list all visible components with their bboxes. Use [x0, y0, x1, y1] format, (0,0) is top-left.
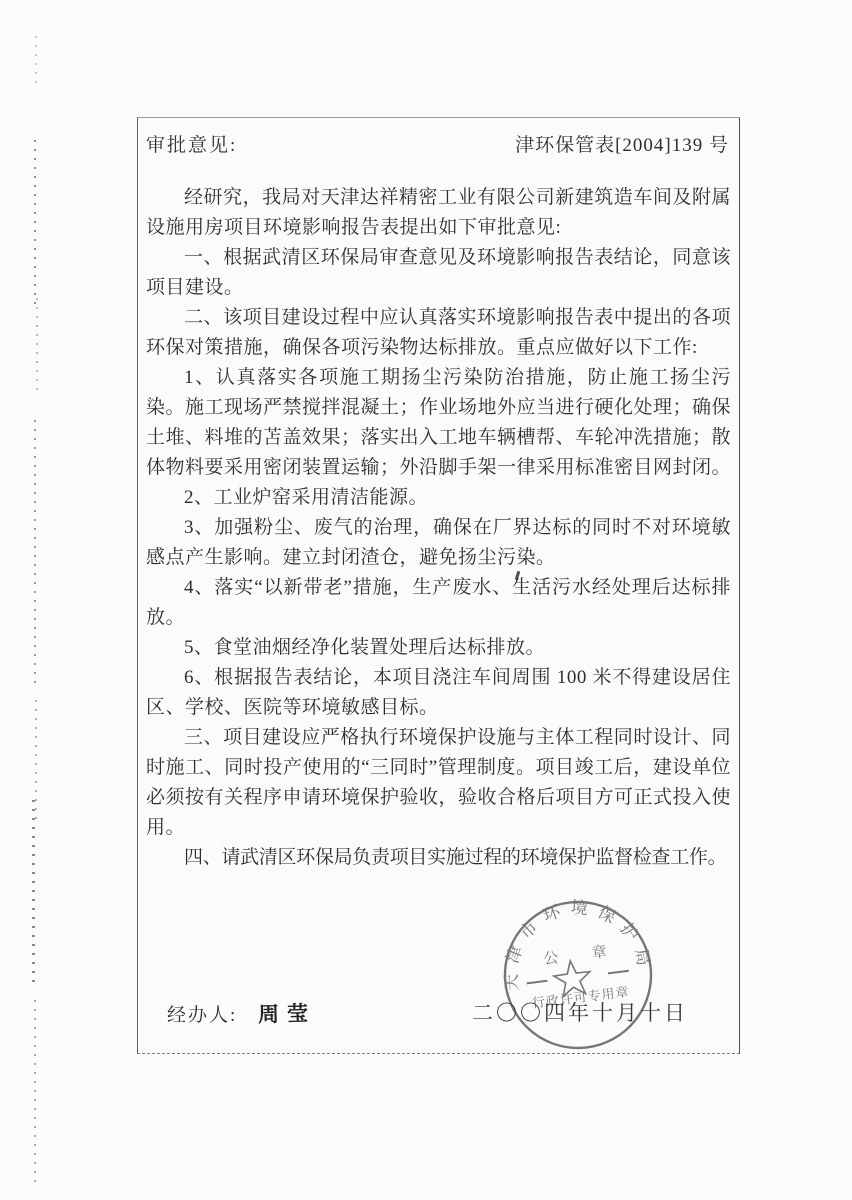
body-paragraph: 2、工业炉窑采用清洁能源。 [146, 483, 731, 513]
seal-dash-left [527, 981, 548, 984]
body-paragraph: 1、认真落实各项施工期扬尘污染防治措施，防止施工扬尘污染。施工现场严禁搅拌混凝土… [146, 363, 731, 483]
approval-date: 二〇〇四年十月十日 [472, 997, 688, 1027]
seal-ring-text: 天津市环境保护局 [492, 889, 655, 993]
scan-mark [35, 36, 37, 88]
body-paragraph: 一、根据武清区环保局审查意见及环境影响报告表结论，同意该项目建设。 [146, 243, 731, 303]
official-seal-stamp: 天津市环境保护局 公 章 行政许可专用章 [489, 886, 667, 1064]
scan-mark [34, 140, 36, 305]
body-paragraph: 5、食堂油烟经净化装置处理后达标排放。 [146, 633, 731, 663]
seal-ring [497, 894, 660, 1057]
seal-center-text: 公 章 [542, 941, 622, 968]
body-paragraph: 6、根据报告表结论，本项目浇注车间周围 100 米不得建设居住区、学校、医院等环… [146, 663, 731, 723]
document-number: 津环保管表[2004]139 号 [515, 130, 731, 157]
scan-mark [34, 420, 36, 688]
section-label: 审批意见: [146, 130, 237, 157]
handler-signature: 周莹 [258, 997, 317, 1029]
handler-row: 经办人: 周莹 [167, 998, 316, 1028]
scan-mark [36, 298, 38, 393]
body-paragraph: 3、加强粉尘、废气的治理，确保在厂界达标的同时不对环境敏感点产生影响。建立封闭渣… [146, 513, 731, 573]
approval-body: 经研究，我局对天津达祥精密工业有限公司新建筑造车间及附属设施用房项目环境影响报告… [146, 183, 731, 873]
scan-mark [32, 800, 35, 985]
scan-binding-marks [32, 36, 44, 1190]
scan-mark [34, 1000, 36, 1186]
handler-label: 经办人: [167, 1005, 237, 1026]
svg-text:天津市环境保护局: 天津市环境保护局 [492, 889, 655, 993]
scan-mark [35, 700, 37, 825]
body-paragraph: 二、该项目建设过程中应认真落实环境影响报告表中提出的各项环保对策措施，确保各项污… [146, 303, 731, 363]
body-paragraph: 三、项目建设应严格执行环境保护设施与主体工程同时设计、同时施工、同时投产使用的“… [146, 723, 731, 843]
scanned-document-page: 审批意见: 津环保管表[2004]139 号 经研究，我局对天津达祥精密工业有限… [0, 0, 852, 1200]
seal-dash-right [608, 971, 629, 974]
body-paragraph: 4、落实“以新带老”措施，生产废水、生活污水经处理后达标排放。 [146, 573, 731, 633]
document-header: 审批意见: 津环保管表[2004]139 号 [146, 130, 731, 157]
body-paragraph: 四、请武清区环保局负责项目实施过程的环境保护监督检查工作。 [146, 843, 731, 873]
body-paragraph: 经研究，我局对天津达祥精密工业有限公司新建筑造车间及附属设施用房项目环境影响报告… [146, 183, 731, 243]
